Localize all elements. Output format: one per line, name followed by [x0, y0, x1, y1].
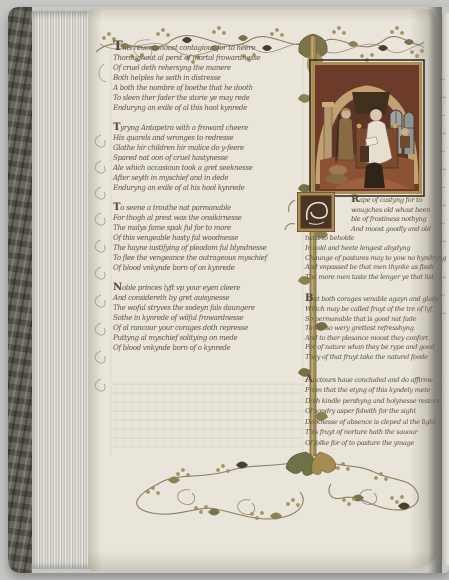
verse-line: Chaunge of pastures may to yow no hyndry… — [305, 254, 431, 264]
verse-line: So permanable that is good nat fade — [305, 315, 431, 325]
verse-line: After seyth in myschief and in dede — [113, 173, 305, 183]
verse-line: They of that fruyt take the naturel food… — [305, 353, 431, 363]
verse-line: Both helples he seith in distresse — [113, 73, 305, 83]
page-edges-stack — [32, 11, 94, 569]
verse-line: twist to beholde — [305, 234, 431, 244]
verse-line: Enduryng an exile of al his hool kynrede — [113, 183, 305, 193]
verse-line: Which may be called fruyt of the tre of … — [305, 305, 431, 315]
manuscript-photograph: This reuere moost contagious for to heer… — [0, 0, 449, 580]
stanza-1: This reuere moost contagious for to heer… — [113, 42, 305, 113]
verse-line: To the so wery grettest refresshyng — [305, 324, 431, 334]
verse-line: Of this vengeable hasty ful woodnesse — [113, 233, 305, 243]
text-column-right: Rape of custyng for towougches old whast… — [305, 195, 431, 461]
verse-line: This fruyt of norture hath the sauour — [305, 427, 431, 438]
verse-line: Of cruel deth rehersyng the manere — [113, 63, 305, 73]
verse-line: To sleen ther fader the storie ye may re… — [113, 93, 305, 103]
verse-line: Doth kindle pershyng and holynesse resto… — [305, 396, 431, 407]
verse-line: And vnpassed be that men thynke as fissh — [305, 263, 431, 273]
verse-line: Thoroughout al perst of mortal frowardne… — [113, 53, 305, 63]
verse-line: And considereth by gret auisynesse — [113, 293, 305, 303]
verse-line: Of blood vnkynde born of on kynrede — [113, 263, 305, 273]
verse-line: The woful stryves the sodeyn fals daunge… — [113, 303, 305, 313]
verse-line: wougches old whast been — [305, 206, 431, 216]
verse-line: ble of frostiness nothyng — [305, 215, 431, 225]
verse-line: Of sondry asper folwith for the sight — [305, 406, 431, 417]
verse-line: This reuere moost contagious for to heer… — [113, 42, 305, 53]
verse-line: Noble princes lyft vp your eyen cleere — [113, 283, 305, 293]
stanza-4: Noble princes lyft vp your eyen cleereAn… — [113, 283, 305, 353]
facing-page-edge — [442, 13, 449, 565]
verse-line: A both the nombre of boethe that he doot… — [113, 83, 305, 93]
verse-line: His quarels and wronges to redresse — [113, 133, 305, 143]
text-column-left: This reuere moost contagious for to heer… — [113, 42, 305, 363]
stanza-6: But both corages venable agayn and glade… — [305, 294, 431, 362]
stanza-7: Auctours haue concluded and do affirmeFr… — [305, 375, 431, 449]
verse-line: Enduryng an exile of al this hool kynred… — [113, 103, 305, 113]
verse-line: Auctours haue concluded and do affirme — [305, 375, 431, 386]
verse-line: Tyryng Antapetra with a froward cheere — [113, 123, 305, 133]
verse-line: Puttyng al myschief solitying on mede — [113, 333, 305, 343]
verse-line: The malys fame spak ful for to more — [113, 223, 305, 233]
book-binding-edge — [8, 7, 32, 573]
verse-line: Of folke for of to pasture the ymage — [305, 438, 431, 449]
verse-line: The hayne iustifying of pleadom ful blyn… — [113, 243, 305, 253]
verse-line: And to ther plesance moost they confort — [305, 334, 431, 344]
verse-line: Of al rancour your corages doth represse — [113, 323, 305, 333]
verse-line: Spared nat oon of cruel hastynesse — [113, 153, 305, 163]
stanza-2: Tyryng Antapetra with a froward cheereHi… — [113, 123, 305, 193]
verse-line: But both corages venable agayn and glade — [305, 294, 431, 305]
verse-line: The more men taste the lenger ye that li… — [305, 273, 431, 283]
stanza-5: Rape of custyng for towougches old whast… — [305, 195, 431, 282]
verse-line: To seene a trouthe nat parmanable — [113, 203, 305, 213]
verse-line: For thogh al prest was the onsikirnesse — [113, 213, 305, 223]
verse-line: Ale which occasioun took a gret seekness… — [113, 163, 305, 173]
verse-line: Sothe in kynrede of wilful frowardnesse — [113, 313, 305, 323]
verse-line: In cold and heete lengest abydyng — [305, 244, 431, 254]
verse-line: Of blood vnkynde born of o kynrede — [113, 343, 305, 353]
verse-line: To flee the vengeance the outrageous mys… — [113, 253, 305, 263]
verse-line: Glathe hir children hir malice do y-feer… — [113, 143, 305, 153]
stanza-3: To seene a trouthe nat parmanableFor tho… — [113, 203, 305, 273]
verse-line: From that the etyng of this kyndely mete — [305, 385, 431, 396]
verse-line: Derknesse of absence is cleped al the li… — [305, 417, 431, 428]
verse-line: Rape of custyng for to — [305, 195, 431, 206]
verse-line: For of nature whan they be rype and good — [305, 343, 431, 353]
verse-line: And moost goodly and old — [305, 225, 431, 235]
